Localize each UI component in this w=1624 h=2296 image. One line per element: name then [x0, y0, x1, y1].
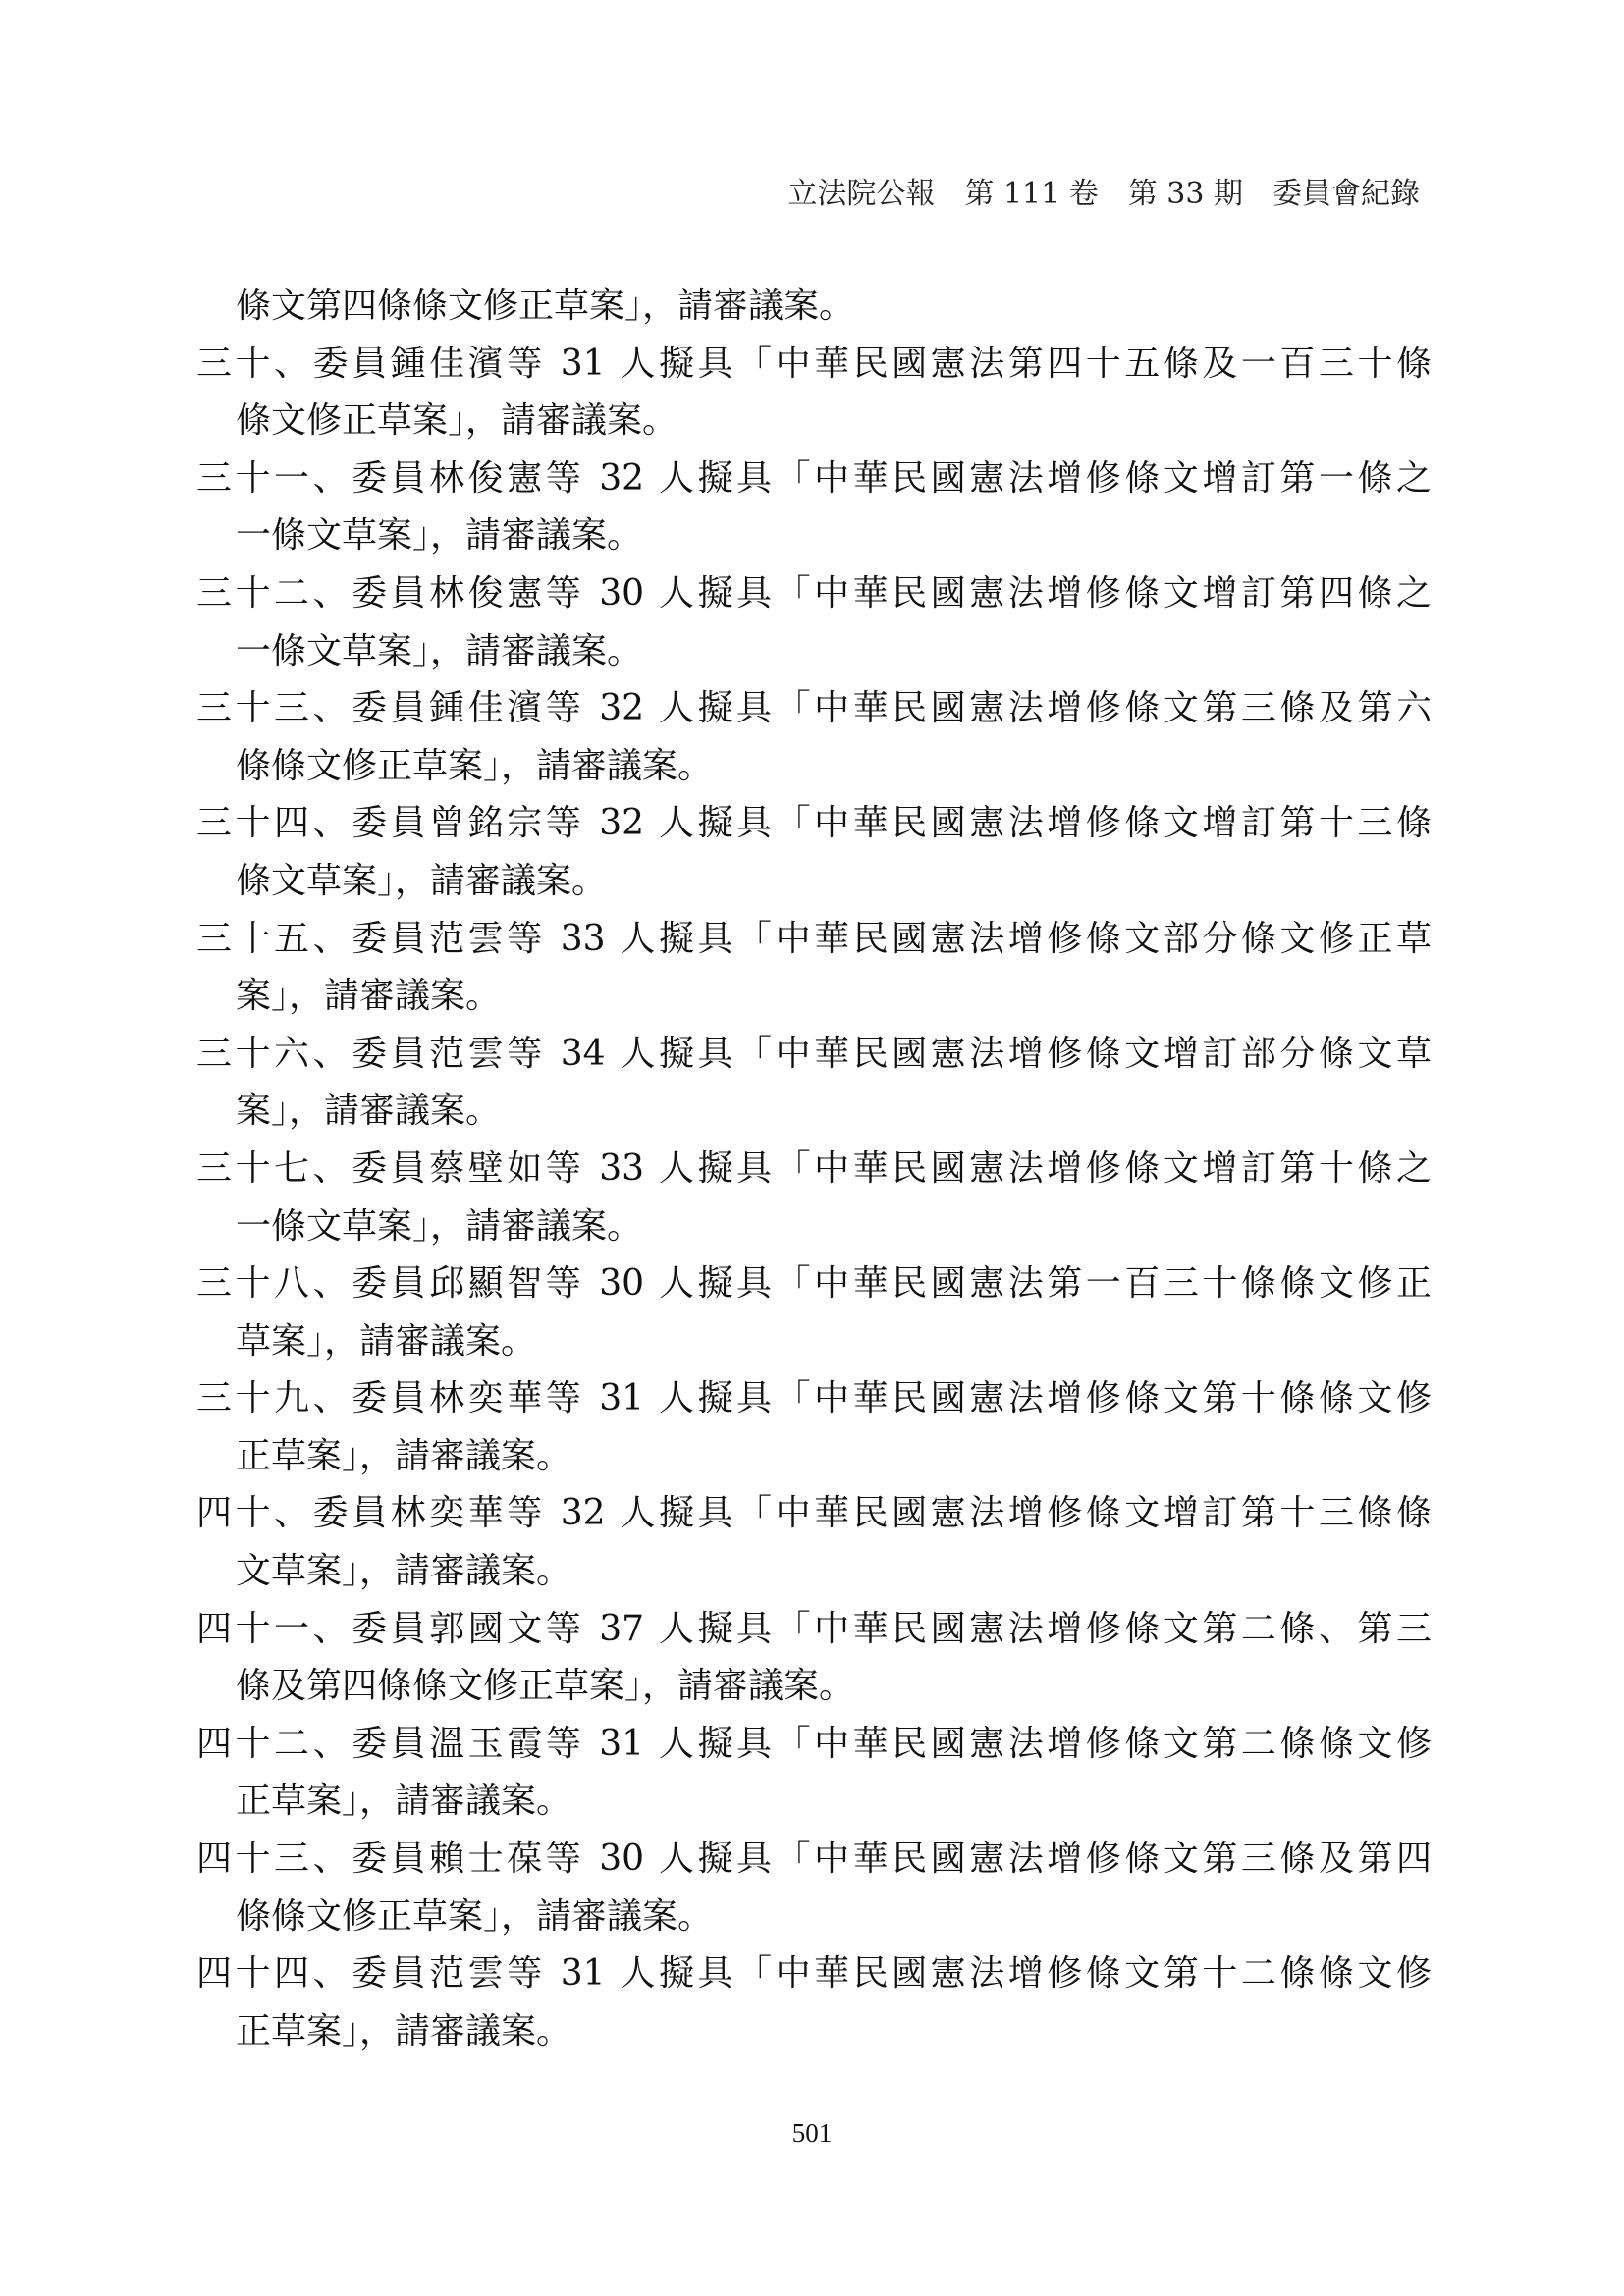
agenda-item-31: 三十一、委員林俊憲等 32 人擬具「中華民國憲法增修條文增訂第一條之 一條文草案… — [196, 451, 1434, 565]
agenda-item-33: 三十三、委員鍾佳濱等 32 人擬具「中華民國憲法增修條文第三條及第六 條條文修正… — [196, 680, 1434, 795]
item-continuation-line: 一條文草案」，請審議案。 — [196, 623, 1434, 681]
item-first-line: 三十四、委員曾銘宗等 32 人擬具「中華民國憲法增修條文增訂第十三條 — [196, 795, 1432, 853]
item-first-line: 三十六、委員范雲等 34 人擬具「中華民國憲法增修條文增訂部分條文草 — [196, 1026, 1432, 1084]
item-first-line: 三十八、委員邱顯智等 30 人擬具「中華民國憲法第一百三十條條文修正 — [196, 1255, 1432, 1313]
item-first-line: 三十七、委員蔡壁如等 33 人擬具「中華民國憲法增修條文增訂第十條之 — [196, 1141, 1432, 1199]
item-continuation-line: 條文修正草案」，請審議案。 — [196, 393, 1434, 451]
agenda-item-35: 三十五、委員范雲等 33 人擬具「中華民國憲法增修條文部分條文修正草 案」，請審… — [196, 911, 1434, 1026]
item-first-line: 三十二、委員林俊憲等 30 人擬具「中華民國憲法增修條文增訂第四條之 — [196, 565, 1432, 623]
item-first-line: 三十五、委員范雲等 33 人擬具「中華民國憲法增修條文部分條文修正草 — [196, 911, 1432, 969]
item-continuation-line: 條文草案」，請審議案。 — [196, 853, 1434, 911]
item-continuation-line: 條及第四條條文修正草案」，請審議案。 — [196, 1658, 1434, 1716]
item-continuation-line: 一條文草案」，請審議案。 — [196, 507, 1434, 565]
item-first-line: 三十三、委員鍾佳濱等 32 人擬具「中華民國憲法增修條文第三條及第六 — [196, 680, 1432, 738]
agenda-item-38: 三十八、委員邱顯智等 30 人擬具「中華民國憲法第一百三十條條文修正 草案」，請… — [196, 1255, 1434, 1370]
agenda-item-36: 三十六、委員范雲等 34 人擬具「中華民國憲法增修條文增訂部分條文草 案」，請審… — [196, 1026, 1434, 1141]
agenda-item-43: 四十三、委員賴士葆等 30 人擬具「中華民國憲法增修條文第三條及第四 條條文修正… — [196, 1831, 1434, 1946]
item-continuation-line: 條條文修正草案」，請審議案。 — [196, 738, 1434, 796]
item-continuation-line: 文草案」，請審議案。 — [196, 1543, 1434, 1601]
item-first-line: 三十一、委員林俊憲等 32 人擬具「中華民國憲法增修條文增訂第一條之 — [196, 451, 1432, 508]
item-first-line: 四十三、委員賴士葆等 30 人擬具「中華民國憲法增修條文第三條及第四 — [196, 1831, 1432, 1889]
agenda-item-39: 三十九、委員林奕華等 31 人擬具「中華民國憲法增修條文第十條條文修 正草案」，… — [196, 1370, 1434, 1485]
item-first-line: 四十、委員林奕華等 32 人擬具「中華民國憲法增修條文增訂第十三條條 — [196, 1485, 1432, 1543]
agenda-item-34: 三十四、委員曾銘宗等 32 人擬具「中華民國憲法增修條文增訂第十三條 條文草案」… — [196, 795, 1434, 910]
item-continuation-line: 案」，請審議案。 — [196, 968, 1434, 1026]
item-continuation-line: 正草案」，請審議案。 — [196, 1428, 1434, 1486]
agenda-item-42: 四十二、委員溫玉霞等 31 人擬具「中華民國憲法增修條文第二條條文修 正草案」，… — [196, 1716, 1434, 1831]
agenda-item-37: 三十七、委員蔡壁如等 33 人擬具「中華民國憲法增修條文增訂第十條之 一條文草案… — [196, 1141, 1434, 1255]
item-continuation-line: 正草案」，請審議案。 — [196, 2003, 1434, 2061]
item-continuation-line: 草案」，請審議案。 — [196, 1313, 1434, 1371]
page-number: 501 — [0, 2118, 1624, 2149]
continued-item-text: 條文第四條條文修正草案」，請審議案。 — [196, 278, 1434, 336]
running-header: 立法院公報 第 111 卷 第 33 期 委員會紀錄 — [787, 169, 1420, 212]
item-first-line: 三十九、委員林奕華等 31 人擬具「中華民國憲法增修條文第十條條文修 — [196, 1370, 1432, 1428]
item-continuation-line: 案」，請審議案。 — [196, 1083, 1434, 1141]
item-first-line: 四十二、委員溫玉霞等 31 人擬具「中華民國憲法增修條文第二條條文修 — [196, 1716, 1432, 1774]
item-continuation-line: 正草案」，請審議案。 — [196, 1773, 1434, 1831]
agenda-item-32: 三十二、委員林俊憲等 30 人擬具「中華民國憲法增修條文增訂第四條之 一條文草案… — [196, 565, 1434, 680]
agenda-item-40: 四十、委員林奕華等 32 人擬具「中華民國憲法增修條文增訂第十三條條 文草案」，… — [196, 1485, 1434, 1600]
item-continuation-line: 一條文草案」，請審議案。 — [196, 1199, 1434, 1256]
item-continuation-line: 條條文修正草案」，請審議案。 — [196, 1889, 1434, 1947]
item-first-line: 四十四、委員范雲等 31 人擬具「中華民國憲法增修條文第十二條條文修 — [196, 1946, 1432, 2003]
agenda-item-44: 四十四、委員范雲等 31 人擬具「中華民國憲法增修條文第十二條條文修 正草案」，… — [196, 1946, 1434, 2060]
item-first-line: 四十一、委員郭國文等 37 人擬具「中華民國憲法增修條文第二條、第三 — [196, 1601, 1432, 1659]
agenda-item-30: 三十、委員鍾佳濱等 31 人擬具「中華民國憲法第四十五條及一百三十條 條文修正草… — [196, 336, 1434, 451]
agenda-item-41: 四十一、委員郭國文等 37 人擬具「中華民國憲法增修條文第二條、第三 條及第四條… — [196, 1601, 1434, 1716]
agenda-list: 條文第四條條文修正草案」，請審議案。 三十、委員鍾佳濱等 31 人擬具「中華民國… — [196, 278, 1434, 2060]
item-first-line: 三十、委員鍾佳濱等 31 人擬具「中華民國憲法第四十五條及一百三十條 — [196, 336, 1432, 394]
